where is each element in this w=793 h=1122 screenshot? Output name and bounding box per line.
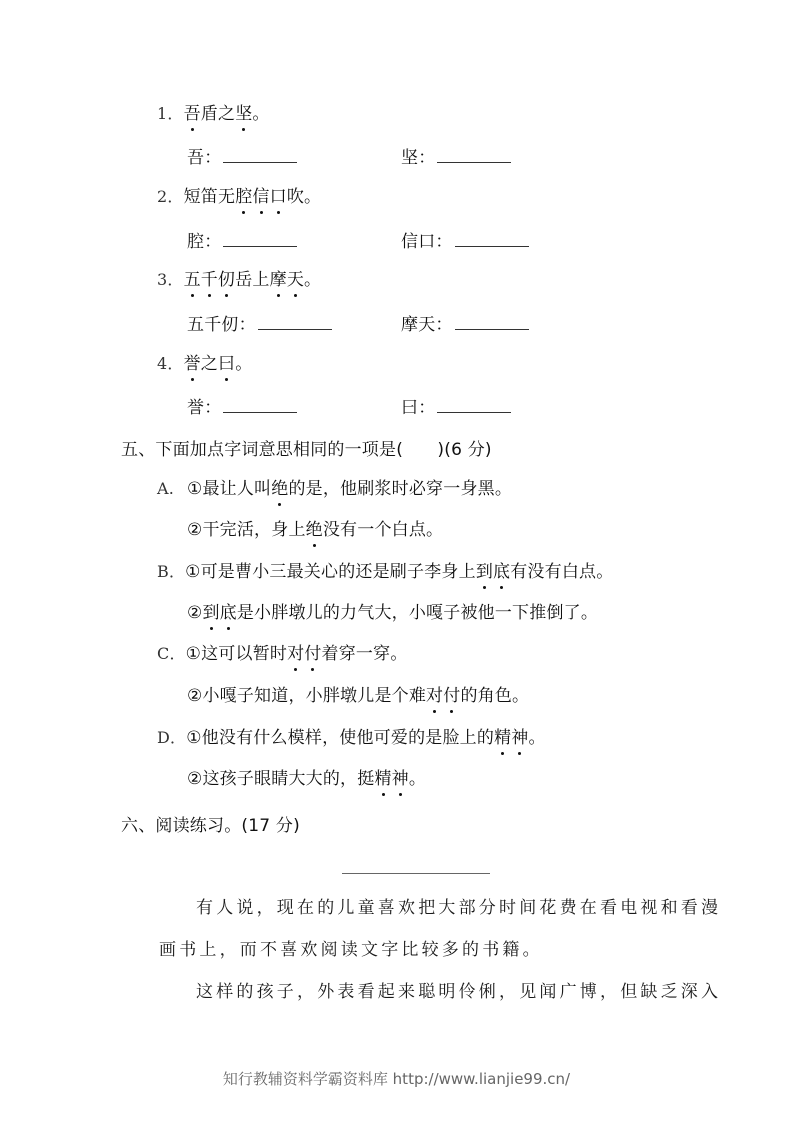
q4-blank-1a[interactable]: 吾：	[187, 146, 297, 170]
emphasized-char: 摩	[270, 268, 287, 292]
q4-blank-1b[interactable]: 坚：	[401, 146, 511, 170]
q4-blank-3a[interactable]: 五千仞：	[187, 313, 332, 337]
option-letter: D．	[157, 728, 186, 747]
option-d-line1[interactable]: D．①他没有什么模样，使他可爱的是脸上的精神。	[157, 726, 546, 750]
sentence-text: 五千仞岳上摩天。	[184, 270, 322, 290]
q4-blank-4a[interactable]: 誉：	[187, 396, 297, 420]
passage-line-1: 有人说，现在的儿童喜欢把大部分时间花费在看电视和看漫	[196, 896, 721, 920]
q4-number: 1．	[157, 104, 184, 123]
emphasized-char: 神	[392, 767, 409, 791]
option-sentence: ①他没有什么模样，使他可爱的是脸上的精神。	[186, 728, 545, 748]
option-a-line1[interactable]: A.①最让人叫绝的是，他刷浆时必穿一身黑。	[157, 477, 512, 501]
blank-label: 吾：	[187, 148, 221, 168]
emphasized-char: 誉	[184, 352, 201, 376]
emphasized-char: 曰	[218, 352, 235, 376]
option-sentence: ②到底是小胖墩儿的力气大，小嘎子被他一下推倒了。	[187, 603, 598, 623]
emphasized-char: 付	[443, 684, 460, 708]
emphasized-char: 对	[426, 684, 443, 708]
emphasized-char: 坚	[235, 102, 252, 126]
q4-number: 4．	[157, 354, 184, 373]
q4-sentence-3: 3．五千仞岳上摩天。	[157, 268, 321, 292]
sentence-text: 短笛无腔信口吹。	[184, 187, 322, 207]
emphasized-char: 对	[287, 642, 304, 666]
answer-blank[interactable]	[455, 313, 529, 330]
emphasized-char: 底	[493, 560, 510, 584]
answer-blank[interactable]	[223, 396, 297, 413]
sentence-text: 誉之曰。	[184, 354, 253, 374]
emphasized-char: 仞	[218, 268, 235, 292]
q4-number: 2．	[157, 187, 184, 206]
q4-sentence-2: 2．短笛无腔信口吹。	[157, 185, 321, 209]
answer-blank[interactable]	[455, 230, 529, 247]
q4-blank-2b[interactable]: 信口：	[401, 230, 529, 254]
option-sentence: ①这可以暂时对付着穿一穿。	[186, 644, 408, 664]
section5-heading: 五、下面加点字词意思相同的一项是( )(6 分)	[121, 438, 492, 462]
q4-sentence-1: 1．吾盾之坚。	[157, 102, 270, 126]
emphasized-char: 精	[374, 767, 391, 791]
option-c-line2: ②小嘎子知道，小胖墩儿是个难对付的角色。	[187, 684, 529, 708]
q4-blank-2a[interactable]: 腔：	[187, 230, 297, 254]
emphasized-char: 底	[220, 601, 237, 625]
emphasized-char: 千	[201, 268, 218, 292]
passage-title-blank[interactable]	[342, 873, 490, 874]
blank-label: 曰：	[401, 398, 435, 418]
answer-blank[interactable]	[258, 313, 332, 330]
emphasized-char: 信	[252, 185, 269, 209]
emphasized-char: 到	[476, 560, 493, 584]
q4-number: 3．	[157, 270, 184, 289]
passage-line-2: 画书上，而不喜欢阅读文字比较多的书籍。	[159, 938, 543, 962]
option-sentence: ①最让人叫绝的是，他刷浆时必穿一身黑。	[187, 479, 512, 499]
emphasized-char: 精	[494, 726, 511, 750]
option-b-line1[interactable]: B．①可是曹小三最关心的还是刷子李身上到底有没有白点。	[157, 560, 613, 584]
emphasized-char: 神	[511, 726, 528, 750]
footer-watermark: 知行教辅资料学霸资料库 http://www.lianjie99.cn/	[0, 1068, 793, 1089]
blank-label: 坚：	[401, 148, 435, 168]
blank-label: 五千仞：	[187, 315, 256, 335]
blank-label: 腔：	[187, 232, 221, 252]
blank-label: 信口：	[401, 232, 453, 252]
answer-blank[interactable]	[437, 396, 511, 413]
q4-blank-3b[interactable]: 摩天：	[401, 313, 529, 337]
option-a-line2: ②干完活，身上绝没有一个白点。	[187, 518, 443, 542]
option-sentence: ②这孩子眼睛大大的，挺精神。	[187, 769, 426, 789]
option-letter: C．	[157, 644, 186, 663]
emphasized-char: 口	[270, 185, 287, 209]
emphasized-char: 五	[184, 268, 201, 292]
option-b-line2: ②到底是小胖墩儿的力气大，小嘎子被他一下推倒了。	[187, 601, 598, 625]
option-sentence: ②干完活，身上绝没有一个白点。	[187, 520, 443, 540]
option-sentence: ①可是曹小三最关心的还是刷子李身上到底有没有白点。	[185, 562, 613, 582]
q4-blank-4b[interactable]: 曰：	[401, 396, 511, 420]
blank-label: 摩天：	[401, 315, 453, 335]
q4-sentence-4: 4．誉之曰。	[157, 352, 252, 376]
option-letter: B．	[157, 562, 185, 581]
emphasized-char: 绝	[271, 477, 288, 501]
emphasized-char: 天	[287, 268, 304, 292]
passage-line-3: 这样的孩子，外表看起来聪明伶俐，见闻广博，但缺乏深入	[196, 980, 721, 1004]
option-sentence: ②小嘎子知道，小胖墩儿是个难对付的角色。	[187, 686, 529, 706]
section6-heading: 六、阅读练习。(17 分)	[121, 814, 300, 838]
emphasized-char: 吾	[184, 102, 201, 126]
answer-blank[interactable]	[223, 230, 297, 247]
answer-blank[interactable]	[223, 146, 297, 163]
emphasized-char: 腔	[235, 185, 252, 209]
option-letter: A.	[157, 477, 187, 501]
emphasized-char: 付	[304, 642, 321, 666]
blank-label: 誉：	[187, 398, 221, 418]
option-d-line2: ②这孩子眼睛大大的，挺精神。	[187, 767, 426, 791]
emphasized-char: 到	[202, 601, 219, 625]
emphasized-char: 绝	[306, 518, 323, 542]
option-c-line1[interactable]: C．①这可以暂时对付着穿一穿。	[157, 642, 408, 666]
answer-blank[interactable]	[437, 146, 511, 163]
sentence-text: 吾盾之坚。	[184, 104, 270, 124]
